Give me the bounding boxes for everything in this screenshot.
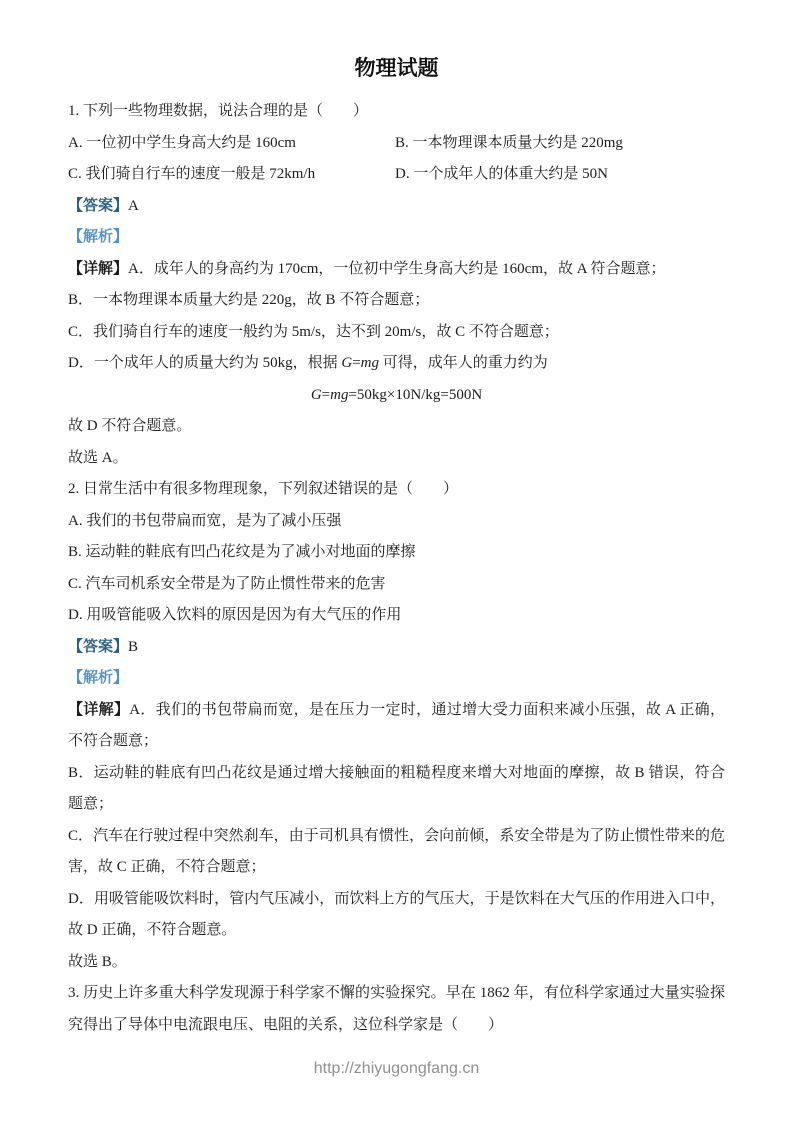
symbol-mg: mg (361, 355, 379, 371)
q1-option-d: D. 一个成年人的体重大约是 50N (395, 159, 725, 191)
q1-formula: G=mg=50kg×10N/kg=500N (68, 380, 725, 412)
q1-answer-line: 【答案】A (68, 191, 725, 223)
q2-detail-d: D．用吸管能吸饮料时，管内气压减小，而饮料上方的气压大，于是饮料在大气压的作用进… (68, 884, 725, 947)
page-title: 物理试题 (68, 52, 725, 84)
q2-option-d: D. 用吸管能吸入饮料的原因是因为有大气压的作用 (68, 600, 725, 632)
detail-label: 【详解】 (68, 261, 128, 277)
q2-answer-line: 【答案】B (68, 632, 725, 664)
symbol-G: G (311, 387, 322, 403)
symbol-G: G (341, 355, 352, 371)
q1-detail-d: D．一个成年人的质量大约为 50kg，根据 G=mg 可得，成年人的重力约为 (68, 348, 725, 380)
q1-option-b: B. 一本物理课本质量大约是 220mg (395, 128, 725, 160)
document-page: 物理试题 1. 下列一些物理数据，说法合理的是（ ） A. 一位初中学生身高大约… (0, 0, 793, 1122)
q2-analysis-line: 【解析】 (68, 663, 725, 695)
q2-stem: 2. 日常生活中有很多物理现象，下列叙述错误的是（ ） (68, 474, 725, 506)
symbol-mg: mg (330, 387, 348, 403)
q2-option-c: C. 汽车司机系安全带是为了防止惯性带来的危害 (68, 569, 725, 601)
answer-label: 【答案】 (68, 198, 128, 214)
q2-option-b: B. 运动鞋的鞋底有凹凸花纹是为了减小对地面的摩擦 (68, 537, 725, 569)
q1-detail-d-pre: D．一个成年人的质量大约为 50kg，根据 (68, 355, 341, 371)
detail-label: 【详解】 (68, 702, 129, 718)
q2-conclusion: 故选 B。 (68, 947, 725, 979)
analysis-label: 【解析】 (68, 670, 128, 686)
analysis-label: 【解析】 (68, 229, 128, 245)
symbol-eq: = (352, 355, 360, 371)
q1-detail-d-end: 故 D 不符合题意。 (68, 411, 725, 443)
symbol-eq: = (322, 387, 330, 403)
q1-answer-value: A (128, 198, 139, 214)
q3-stem: 3. 历史上许多重大科学发现源于科学家不懈的实验探究。早在 1862 年，有位科… (68, 978, 725, 1041)
q1-option-a: A. 一位初中学生身高大约是 160cm (68, 128, 395, 160)
q1-detail-a-text: A．成年人的身高约为 170cm，一位初中学生身高大约是 160cm，故 A 符… (128, 261, 666, 277)
footer-url: http://zhiyugongfang.cn (0, 1060, 793, 1078)
q2-option-a: A. 我们的书包带扁而宽，是为了减小压强 (68, 506, 725, 538)
q1-detail-d-post: 可得，成年人的重力约为 (379, 355, 548, 371)
q1-options-row-1: A. 一位初中学生身高大约是 160cm B. 一本物理课本质量大约是 220m… (68, 128, 725, 160)
q2-answer-value: B (128, 639, 138, 655)
q2-detail-c: C．汽车在行驶过程中突然刹车，由于司机具有惯性，会向前倾，系安全带是为了防止惯性… (68, 821, 725, 884)
q1-stem: 1. 下列一些物理数据，说法合理的是（ ） (68, 96, 725, 128)
q1-detail-c: C．我们骑自行车的速度一般约为 5m/s，达不到 20m/s，故 C 不符合题意… (68, 317, 725, 349)
q1-conclusion: 故选 A。 (68, 443, 725, 475)
q2-detail-b: B．运动鞋的鞋底有凹凸花纹是通过增大接触面的粗糙程度来增大对地面的摩擦，故 B … (68, 758, 725, 821)
q2-detail-a-text: A．我们的书包带扁而宽，是在压力一定时，通过增大受力面积来减小压强，故 A 正确… (68, 702, 725, 750)
q1-analysis-line: 【解析】 (68, 222, 725, 254)
q1-detail-a: 【详解】A．成年人的身高约为 170cm，一位初中学生身高大约是 160cm，故… (68, 254, 725, 286)
q1-option-c: C. 我们骑自行车的速度一般是 72km/h (68, 159, 395, 191)
q1-options-row-2: C. 我们骑自行车的速度一般是 72km/h D. 一个成年人的体重大约是 50… (68, 159, 725, 191)
q1-formula-tail: =50kg×10N/kg=500N (348, 387, 482, 403)
answer-label: 【答案】 (68, 639, 128, 655)
q1-detail-b: B．一本物理课本质量大约是 220g，故 B 不符合题意； (68, 285, 725, 317)
q2-detail-a: 【详解】A．我们的书包带扁而宽，是在压力一定时，通过增大受力面积来减小压强，故 … (68, 695, 725, 758)
